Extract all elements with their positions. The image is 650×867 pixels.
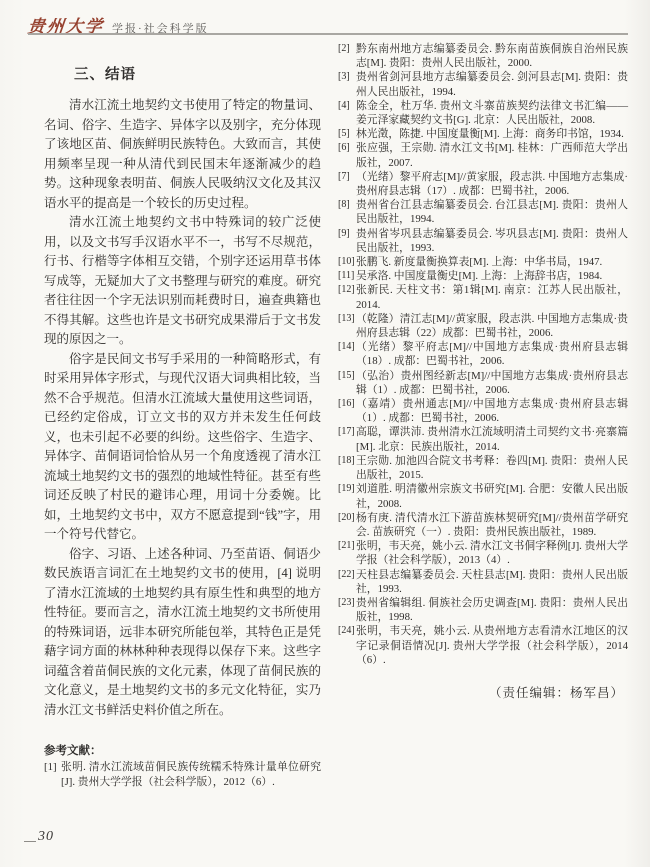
reference-number: [2] <box>338 42 350 56</box>
page-number: 30 <box>38 829 54 845</box>
reference-text: 刘道胜. 明清徽州宗族文书研究[M]. 合肥：安徽人民出版社，2008. <box>356 483 628 509</box>
reference-item: [11] 吴承洛. 中国度量衡史[M]. 上海：上海辞书店，1984. <box>338 269 628 283</box>
journal-page: 贵州大学 学报·社会科学版 三、结语 清水江流土地契约文书使用了特定的物量词、名… <box>0 0 650 867</box>
reference-number: [9] <box>338 227 350 241</box>
reference-number: [21] <box>338 539 355 553</box>
reference-text: 贵州省台江县志编纂委员会. 台江县志[M]. 贵阳：贵州人民出版社，1994. <box>356 199 628 225</box>
reference-item: [21] 张明，韦天亮，姚小云. 清水江文书侗字释例[J]. 贵州大学学报（社会… <box>338 539 628 567</box>
reference-text: 张应强，王宗勋. 清水江文书[M]. 桂林：广西师范大学出版社，2007. <box>356 142 628 168</box>
reference-item: [4] 陈金全，杜万华. 贵州文斗寨苗族契约法律文书汇编——姜元泽家藏契约文书[… <box>338 99 628 127</box>
reference-item: [15] （弘治）贵州图经新志[M]//中国地方志集成·贵州府县志辑（1）. 成… <box>338 369 628 397</box>
reference-number: [18] <box>338 454 355 468</box>
reference-item: [1] 张明. 清水江流域苗侗民族传统糯禾特殊计量单位研究[J]. 贵州大学学报… <box>44 760 321 790</box>
reference-item: [17] 高聪，谭洪沛. 贵州清水江流域明清土司契约文书·亮寨篇[M]. 北京：… <box>338 425 628 453</box>
reference-item: [2] 黔东南州地方志编纂委员会. 黔东南苗族侗族自治州民族志[M]. 贵阳：贵… <box>338 42 628 70</box>
reference-text: 贵州省编辑组. 侗族社会历史调查[M]. 贵阳：贵州人民出版社，1998. <box>356 597 628 623</box>
reference-item: [12] 张新民. 天柱文书：第1辑[M]. 南京：江苏人民出版社，2014. <box>338 283 628 311</box>
reference-number: [19] <box>338 482 355 496</box>
reference-number: [1] <box>44 760 57 775</box>
reference-text: 张新民. 天柱文书：第1辑[M]. 南京：江苏人民出版社，2014. <box>356 284 628 310</box>
reference-text: （乾隆）清江志[M]//黄家服，段志洪. 中国地方志集成·贵州府县志辑（22）成… <box>356 313 628 339</box>
reference-number: [7] <box>338 170 350 184</box>
reference-text: 张明，韦天亮，姚小云. 清水江文书侗字释例[J]. 贵州大学学报（社会科学版），… <box>356 540 628 566</box>
reference-number: [23] <box>338 596 355 610</box>
body-paragraph: 清水江流土地契约文书中特殊词的较广泛使用，以及文书写手汉语水平不一，书写不尽规范… <box>44 213 321 350</box>
reference-number: [17] <box>338 425 355 439</box>
reference-item: [5] 林光澂，陈捷. 中国度量衡[M]. 上海：商务印书馆，1934. <box>338 127 628 141</box>
reference-text: 高聪，谭洪沛. 贵州清水江流域明清土司契约文书·亮寨篇[M]. 北京：民族出版社… <box>356 426 628 452</box>
reference-text: 贵州省剑河县地方志编纂委员会. 剑河县志[M]. 贵阳：贵州人民出版社，1994… <box>356 71 628 97</box>
reference-number: [20] <box>338 511 355 525</box>
two-column-body: 三、结语 清水江流土地契约文书使用了特定的物量词、名词、俗字、生造字、异体字以及… <box>44 35 628 827</box>
references-list: [2] 黔东南州地方志编纂委员会. 黔东南苗族侗族自治州民族志[M]. 贵阳：贵… <box>338 42 628 667</box>
reference-item: [19] 刘道胜. 明清徽州宗族文书研究[M]. 合肥：安徽人民出版社，2008… <box>338 482 628 510</box>
page-number-dash <box>24 841 36 842</box>
reference-number: [14] <box>338 340 355 354</box>
reference-text: 吴承洛. 中国度量衡史[M]. 上海：上海辞书店，1984. <box>356 270 602 282</box>
reference-number: [11] <box>338 269 354 283</box>
reference-number: [8] <box>338 198 350 212</box>
reference-text: （光绪）黎平府志[M]//黄家服，段志洪. 中国地方志集成·贵州府县志辑（17）… <box>356 171 628 197</box>
section-heading: 三、结语 <box>74 63 321 84</box>
reference-text: 贵州省岑巩县志编纂委员会. 岑巩县志[M]. 贵阳：贵州人民出版社，1993. <box>356 228 628 254</box>
reference-item: [23] 贵州省编辑组. 侗族社会历史调查[M]. 贵阳：贵州人民出版社，199… <box>338 596 628 624</box>
left-column: 三、结语 清水江流土地契约文书使用了特定的物量词、名词、俗字、生造字、异体字以及… <box>44 35 321 827</box>
reference-number: [22] <box>338 568 355 582</box>
conclusion-paragraphs: 清水江流土地契约文书使用了特定的物量词、名词、俗字、生造字、异体字以及别字，充分… <box>44 96 321 720</box>
reference-text: （弘治）贵州图经新志[M]//中国地方志集成·贵州府县志辑（1）. 成都：巴蜀书… <box>356 370 628 396</box>
reference-text: 黔东南州地方志编纂委员会. 黔东南苗族侗族自治州民族志[M]. 贵阳：贵州人民出… <box>356 43 628 69</box>
reference-number: [24] <box>338 624 355 638</box>
references-heading: 参考文献： <box>44 742 321 758</box>
reference-number: [5] <box>338 127 350 141</box>
reference-item: [24] 张明，韦天亮，姚小云. 从贵州地方志看清水江地区的汉字记录侗语情况[J… <box>338 624 628 667</box>
reference-item: [22] 天柱县志编纂委员会. 天柱县志[M]. 贵阳：贵州人民出版社，1993… <box>338 568 628 596</box>
reference-text: 王宗勋. 加池四合院文书考释：卷四[M]. 贵阳：贵州人民出版社，2015. <box>356 455 628 481</box>
reference-text: 林光澂，陈捷. 中国度量衡[M]. 上海：商务印书馆，1934. <box>356 128 624 140</box>
reference-item: [14] （光绪）黎平府志[M]//中国地方志集成·贵州府县志辑（18）. 成都… <box>338 340 628 368</box>
reference-item: [10] 张鹏飞. 新度量衡换算表[M]. 上海：中华书局，1947. <box>338 255 628 269</box>
editor-note: （责任编辑：杨军昌） <box>338 683 628 701</box>
reference-item: [3] 贵州省剑河县地方志编纂委员会. 剑河县志[M]. 贵阳：贵州人民出版社，… <box>338 70 628 98</box>
reference-text: 张明，韦天亮，姚小云. 从贵州地方志看清水江地区的汉字记录侗语情况[J]. 贵州… <box>356 625 628 665</box>
reference-text: （嘉靖）贵州通志[M]//中国地方志集成·贵州府县志辑（1）. 成都：巴蜀书社，… <box>356 398 628 424</box>
reference-item: [7] （光绪）黎平府志[M]//黄家服，段志洪. 中国地方志集成·贵州府县志辑… <box>338 170 628 198</box>
reference-number: [16] <box>338 397 355 411</box>
reference-item: [6] 张应强，王宗勋. 清水江文书[M]. 桂林：广西师范大学出版社，2007… <box>338 141 628 169</box>
reference-item: [18] 王宗勋. 加池四合院文书考释：卷四[M]. 贵阳：贵州人民出版社，20… <box>338 454 628 482</box>
body-paragraph: 清水江流土地契约文书使用了特定的物量词、名词、俗字、生造字、异体字以及别字，充分… <box>44 96 321 213</box>
references-column: [2] 黔东南州地方志编纂委员会. 黔东南苗族侗族自治州民族志[M]. 贵阳：贵… <box>338 35 628 827</box>
reference-number: [3] <box>338 70 350 84</box>
reference-item: [20] 杨有庚. 清代清水江下游苗族林契研究[M]//贵州苗学研究会. 苗族研… <box>338 511 628 539</box>
reference-text: 杨有庚. 清代清水江下游苗族林契研究[M]//贵州苗学研究会. 苗族研究（一）.… <box>356 512 628 538</box>
reference-text: （光绪）黎平府志[M]//中国地方志集成·贵州府县志辑（18）. 成都：巴蜀书社… <box>356 341 628 367</box>
reference-text: 陈金全，杜万华. 贵州文斗寨苗族契约法律文书汇编——姜元泽家藏契约文书[G]. … <box>356 100 628 126</box>
reference-item: [8] 贵州省台江县志编纂委员会. 台江县志[M]. 贵阳：贵州人民出版社，19… <box>338 198 628 226</box>
reference-text: 张鹏飞. 新度量衡换算表[M]. 上海：中华书局，1947. <box>356 256 602 268</box>
reference-number: [6] <box>338 141 350 155</box>
reference-number: [4] <box>338 99 350 113</box>
reference-number: [10] <box>338 255 355 269</box>
reference-text: 张明. 清水江流域苗侗民族传统糯禾特殊计量单位研究[J]. 贵州大学学报（社会科… <box>61 761 321 788</box>
reference-number: [15] <box>338 369 355 383</box>
reference-text: 天柱县志编纂委员会. 天柱县志[M]. 贵阳：贵州人民出版社，1993. <box>356 569 628 595</box>
reference-item: [13] （乾隆）清江志[M]//黄家服，段志洪. 中国地方志集成·贵州府县志辑… <box>338 312 628 340</box>
body-paragraph: 俗字、习语、上述各种词、乃至苗语、侗语少数民族语言词汇在土地契约文书的使用，[4… <box>44 545 321 721</box>
reference-number: [13] <box>338 312 355 326</box>
reference-item: [9] 贵州省岑巩县志编纂委员会. 岑巩县志[M]. 贵阳：贵州人民出版社，19… <box>338 227 628 255</box>
page-footer: 30 <box>24 829 54 845</box>
reference-item: [16] （嘉靖）贵州通志[M]//中国地方志集成·贵州府县志辑（1）. 成都：… <box>338 397 628 425</box>
reference-number: [12] <box>338 283 355 297</box>
body-paragraph: 俗字是民间文书写手采用的一种简略形式，有时采用异体字形式，与现代汉语大词典相比较… <box>44 350 321 545</box>
